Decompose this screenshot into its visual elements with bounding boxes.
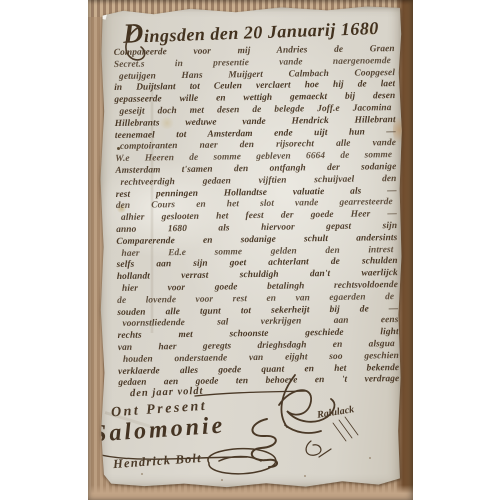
- page-background: Dingsden den 20 Januarij 1680 Compareerd…: [0, 0, 500, 500]
- photo-vignette: [88, 0, 413, 500]
- manuscript-photo: Dingsden den 20 Januarij 1680 Compareerd…: [88, 0, 413, 500]
